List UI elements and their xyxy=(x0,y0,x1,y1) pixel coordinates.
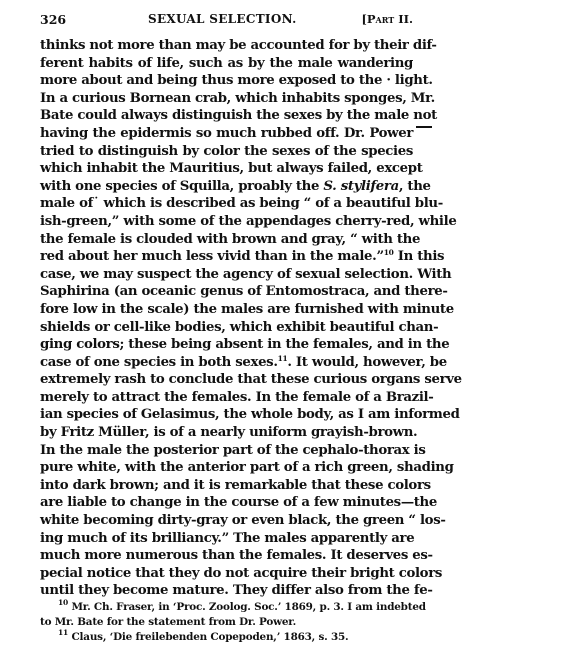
line-text: with one species of Squilla, proably the xyxy=(40,179,319,194)
footnote-text: Claus, ‘Die freilebenden Copepoden,’ 186… xyxy=(68,631,348,643)
footnote-10-continued: to Mr. Bate for the statement from Dr. P… xyxy=(40,615,413,630)
footnote-ref[interactable]: 11 xyxy=(278,354,288,363)
footnote-text: Mr. Ch. Fraser, in ‘Proc. Zoolog. Soc.’ … xyxy=(68,601,426,613)
margin-dash-mark xyxy=(416,126,432,128)
text-line: with one species of Squilla, proably the… xyxy=(40,178,413,196)
footnote-number: 10 xyxy=(58,598,68,607)
line-text: red about her much less vivid than in th… xyxy=(40,249,384,264)
text-line: the female is clouded with brown and gra… xyxy=(40,231,413,249)
species-name: S. stylifera xyxy=(323,179,398,194)
text-line: which inhabit the Mauritius, but always … xyxy=(40,160,413,178)
text-line: In the male the posterior part of the ce… xyxy=(40,442,413,460)
page-number: 326 xyxy=(40,12,66,27)
text-line: extremely rash to conclude that these cu… xyxy=(40,371,413,389)
line-text: . It would, however, be xyxy=(287,355,446,370)
line-text: , the xyxy=(399,179,431,194)
text-line: pecial notice that they do not acquire t… xyxy=(40,565,413,583)
text-line: ging colors; these being absent in the f… xyxy=(40,336,413,354)
text-line: much more numerous than the females. It … xyxy=(40,547,413,565)
text-line: fore low in the scale) the males are fur… xyxy=(40,301,413,319)
text-line: tried to distinguish by color the sexes … xyxy=(40,143,413,161)
text-line: thinks not more than may be accounted fo… xyxy=(40,37,413,55)
running-title: SEXUAL SELECTION. xyxy=(148,12,297,26)
text-line: ferent habits of life, such as by the ma… xyxy=(40,55,413,73)
text-line: red about her much less vivid than in th… xyxy=(40,248,413,266)
text-line: shields or cell-like bodies, which exhib… xyxy=(40,319,413,337)
text-line: In a curious Bornean crab, which inhabit… xyxy=(40,90,413,108)
text-line: ing much of its brilliancy.” The males a… xyxy=(40,530,413,548)
text-line: Bate could always distinguish the sexes … xyxy=(40,107,413,125)
text-line: until they become mature. They differ al… xyxy=(40,582,413,600)
line-text: In this xyxy=(394,249,445,264)
part-label: [Part II. xyxy=(361,12,413,26)
text-line: white becoming dirty-gray or even black,… xyxy=(40,512,413,530)
text-line: ish-green,” with some of the appendages … xyxy=(40,213,413,231)
text-line: ian species of Gelasimus, the whole body… xyxy=(40,406,413,424)
footnote-ref[interactable]: 10 xyxy=(384,248,394,257)
text-line: merely to attract the females. In the fe… xyxy=(40,389,413,407)
footnote-11: 11 Claus, ‘Die freilebenden Copepoden,’ … xyxy=(40,630,413,645)
footnote-number: 11 xyxy=(58,628,68,637)
running-head: 326 SEXUAL SELECTION. [Part II. xyxy=(40,12,413,30)
footnotes: 10 Mr. Ch. Fraser, in ‘Proc. Zoolog. Soc… xyxy=(40,600,413,645)
text-line: are liable to change in the course of a … xyxy=(40,494,413,512)
text-line: Saphirina (an oceanic genus of Entomostr… xyxy=(40,283,413,301)
text-line: case of one species in both sexes.11. It… xyxy=(40,354,413,372)
text-line: more about and being thus more exposed t… xyxy=(40,72,413,90)
body-text: thinks not more than may be accounted fo… xyxy=(40,37,413,600)
text-line: by Fritz Müller, is of a nearly uniform … xyxy=(40,424,413,442)
line-text: case of one species in both sexes. xyxy=(40,355,278,370)
text-line: having the epidermis so much rubbed off.… xyxy=(40,125,413,143)
text-line: case, we may suspect the agency of sexua… xyxy=(40,266,413,284)
footnote-10: 10 Mr. Ch. Fraser, in ‘Proc. Zoolog. Soc… xyxy=(40,600,413,615)
text-line: into dark brown; and it is remarkable th… xyxy=(40,477,413,495)
text-line: male of˙ which is described as being “ o… xyxy=(40,195,413,213)
text-line: pure white, with the anterior part of a … xyxy=(40,459,413,477)
